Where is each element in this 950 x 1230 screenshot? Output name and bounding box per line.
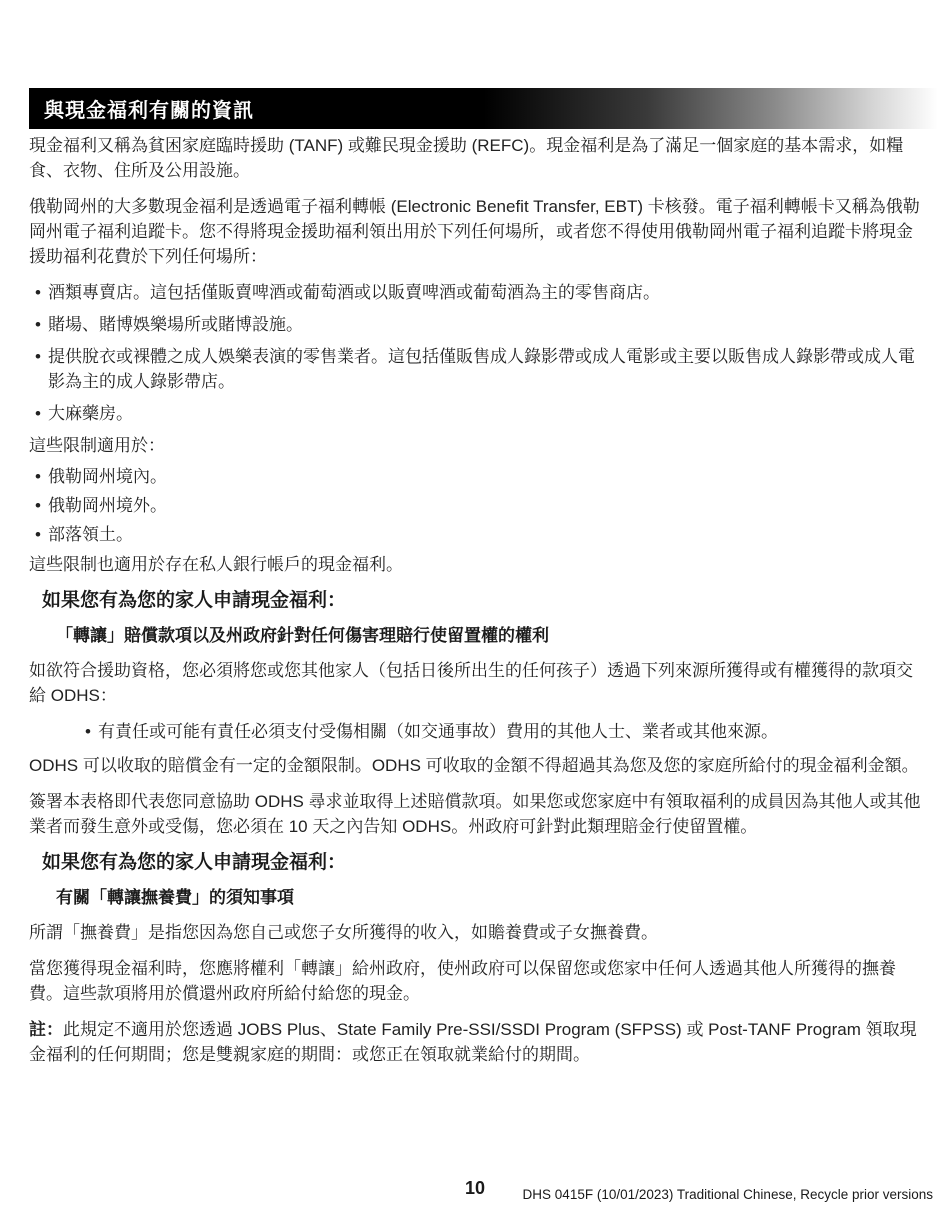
section2-paragraph-2: 當您獲得現金福利時，您應將權利「轉讓」給州政府，使州政府可以保留您或您家中任何人…	[29, 956, 921, 1006]
note-label: 註：	[29, 1020, 63, 1039]
section1-subheading: 「轉讓」賠償款項以及州政府針對任何傷害理賠行使留置權的權利	[56, 623, 921, 648]
section2-note: 註：此規定不適用於您透過 JOBS Plus、State Family Pre-…	[29, 1017, 921, 1067]
bullet-icon: •	[35, 493, 41, 518]
list-item: •賭場、賭博娛樂場所或賭博設施。	[29, 312, 921, 337]
section1-paragraph-2: ODHS 可以收取的賠償金有一定的金額限制。ODHS 可收取的金額不得超過其為您…	[29, 753, 921, 778]
list-item-text: 大麻藥房。	[48, 404, 133, 423]
bullet-icon: •	[35, 312, 41, 337]
list-item-text: 賭場、賭博娛樂場所或賭博設施。	[48, 315, 303, 334]
list-item: •部落領土。	[29, 522, 921, 547]
section2-heading: 如果您有為您的家人申請現金福利：	[42, 850, 921, 875]
form-info-text: DHS 0415F (10/01/2023) Traditional Chine…	[523, 1187, 933, 1202]
list-item: •酒類專賣店。這包括僅販賣啤酒或葡萄酒或以販賣啤酒或葡萄酒為主的零售商店。	[29, 280, 921, 305]
document-content: 現金福利又稱為貧困家庭臨時援助 (TANF) 或難民現金援助 (REFC)。現金…	[29, 133, 921, 1078]
section1-paragraph-3: 簽署本表格即代表您同意協助 ODHS 尋求並取得上述賠償款項。如果您或您家庭中有…	[29, 789, 921, 839]
note-text: 此規定不適用於您透過 JOBS Plus、State Family Pre-SS…	[29, 1020, 917, 1064]
list-item-text: 酒類專賣店。這包括僅販賣啤酒或葡萄酒或以販賣啤酒或葡萄酒為主的零售商店。	[48, 283, 660, 302]
prohibited-places-list: •酒類專賣店。這包括僅販賣啤酒或葡萄酒或以販賣啤酒或葡萄酒為主的零售商店。 •賭…	[29, 280, 921, 426]
list-item-text: 部落領土。	[48, 525, 133, 544]
section2-subheading: 有關「轉讓撫養費」的須知事項	[56, 885, 921, 910]
list-item-text: 俄勒岡州境外。	[48, 496, 167, 515]
list-item-text: 俄勒岡州境內。	[48, 467, 167, 486]
intro-paragraph-1: 現金福利又稱為貧困家庭臨時援助 (TANF) 或難民現金援助 (REFC)。現金…	[29, 133, 921, 183]
list-item: •提供脫衣或裸體之成人娛樂表演的零售業者。這包括僅販售成人錄影帶或成人電影或主要…	[29, 344, 921, 394]
restrictions-note: 這些限制也適用於存在私人銀行帳戶的現金福利。	[29, 552, 921, 577]
bullet-icon: •	[35, 280, 41, 305]
restrictions-intro: 這些限制適用於：	[29, 433, 921, 458]
restriction-scope-list: •俄勒岡州境內。 •俄勒岡州境外。 •部落領土。	[29, 464, 921, 547]
bullet-icon: •	[35, 464, 41, 489]
intro-paragraph-2: 俄勒岡州的大多數現金福利是透過電子福利轉帳 (Electronic Benefi…	[29, 194, 921, 269]
list-item: •有責任或可能有責任必須支付受傷相關（如交通事故）費用的其他人士、業者或其他來源…	[85, 719, 921, 744]
section2-paragraph-1: 所謂「撫養費」是指您因為您自己或您子女所獲得的收入，如贍養費或子女撫養費。	[29, 920, 921, 945]
section-header-bar: 與現金福利有關的資訊	[29, 88, 938, 129]
bullet-icon: •	[85, 719, 91, 744]
list-item-text: 有責任或可能有責任必須支付受傷相關（如交通事故）費用的其他人士、業者或其他來源。	[98, 722, 778, 741]
list-item-text: 提供脫衣或裸體之成人娛樂表演的零售業者。這包括僅販售成人錄影帶或成人電影或主要以…	[48, 347, 915, 391]
section1-paragraph-1: 如欲符合援助資格，您必須將您或您其他家人（包括日後所出生的任何孩子）透過下列來源…	[29, 658, 921, 708]
liability-sources-list: •有責任或可能有責任必須支付受傷相關（如交通事故）費用的其他人士、業者或其他來源…	[85, 719, 921, 744]
bullet-icon: •	[35, 401, 41, 426]
document-page: 與現金福利有關的資訊 現金福利又稱為貧困家庭臨時援助 (TANF) 或難民現金援…	[0, 0, 950, 1230]
bullet-icon: •	[35, 522, 41, 547]
section1-heading: 如果您有為您的家人申請現金福利：	[42, 588, 921, 613]
list-item: •大麻藥房。	[29, 401, 921, 426]
list-item: •俄勒岡州境內。	[29, 464, 921, 489]
bullet-icon: •	[35, 344, 41, 369]
list-item: •俄勒岡州境外。	[29, 493, 921, 518]
section-header-title: 與現金福利有關的資訊	[29, 94, 254, 123]
